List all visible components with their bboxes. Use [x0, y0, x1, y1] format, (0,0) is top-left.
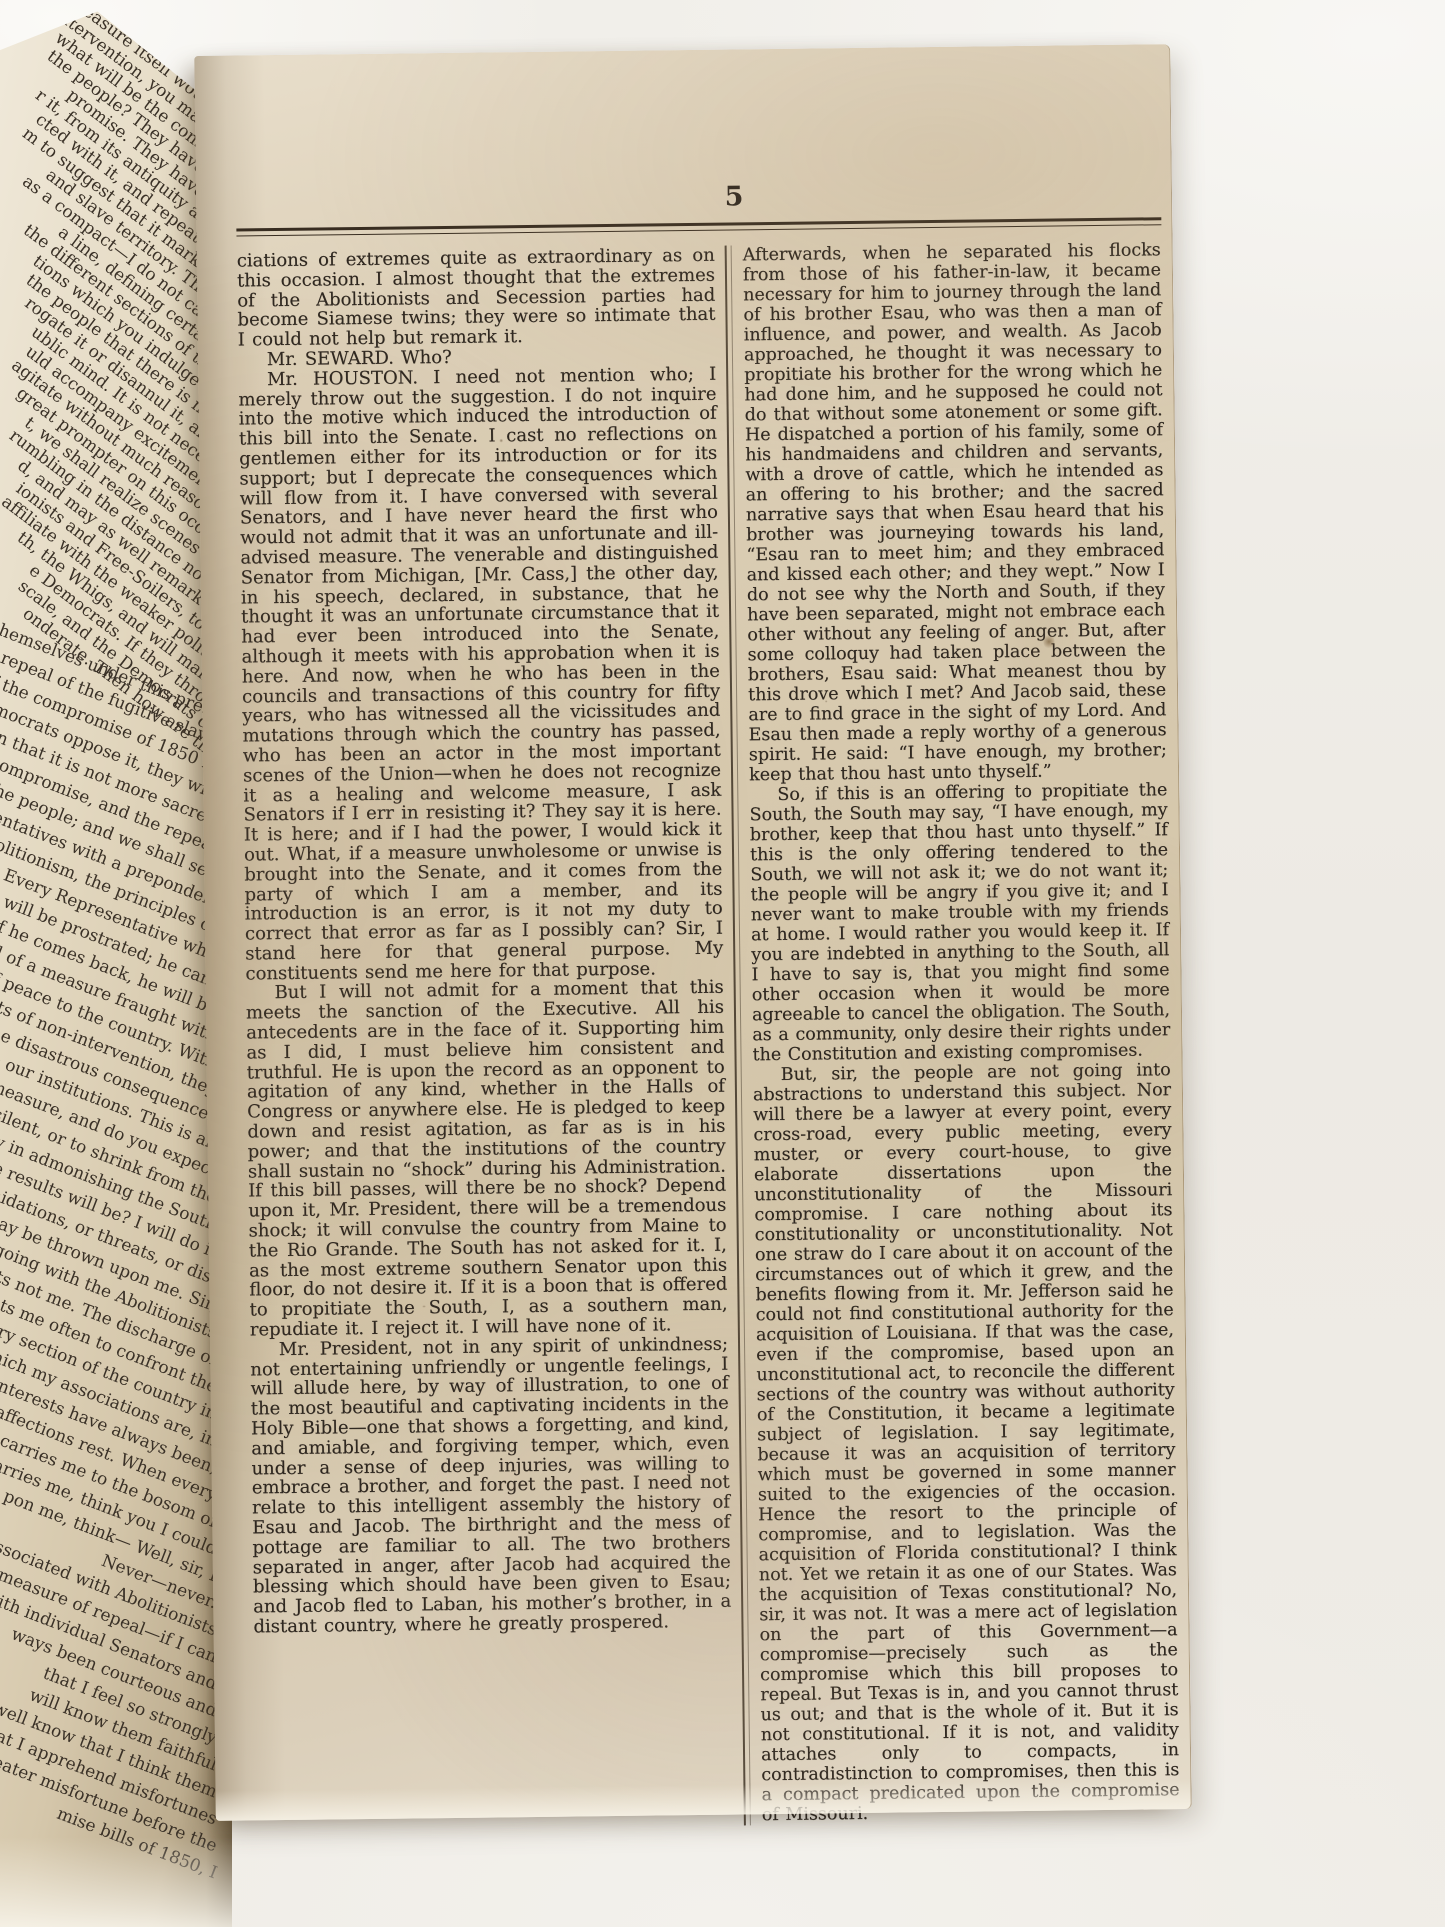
page-content: 5 ciations of extremes quite as extraord… — [194, 44, 1191, 1832]
paragraph-left-4: But I will not admit for a moment that t… — [246, 978, 728, 1340]
paragraph-right-3: But, sir, the people are not going into … — [753, 1060, 1180, 1825]
paragraph-left-3: Mr. HOUSTON. I need not mention who; I m… — [238, 364, 723, 983]
paragraph-left-1: ciations of extremes quite as extraordin… — [237, 246, 716, 351]
photo-background: at the measure itself wouldish intervent… — [0, 0, 1445, 1927]
paragraph-left-5: Mr. President, not in any spirit of unki… — [250, 1334, 732, 1637]
paragraph-right-1: Afterwards, when he separated his flocks… — [743, 240, 1168, 785]
text-columns: ciations of extremes quite as extraordin… — [237, 240, 1181, 1831]
paragraph-right-2: So, if this is an offering to propitiate… — [749, 780, 1170, 1065]
document-page: 5 ciations of extremes quite as extraord… — [194, 44, 1191, 1821]
page-number: 5 — [236, 176, 1161, 218]
text-column-left: ciations of extremes quite as extraordin… — [237, 246, 734, 1832]
text-column-right: Afterwards, when he separated his flocks… — [743, 240, 1180, 1825]
previous-page-text-lower: n themselves under this pres-e repeal of… — [0, 700, 216, 1888]
header-rule — [236, 217, 1161, 236]
